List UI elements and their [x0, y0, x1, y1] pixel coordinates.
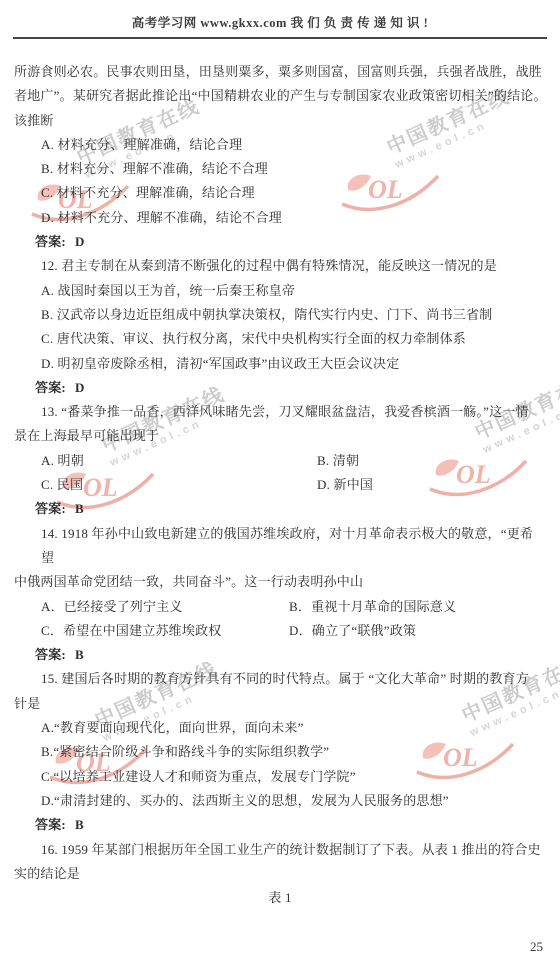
text-line: 所游食则必农。民事农则田垦，田垦则粟多，粟多则国富，国富则兵强，兵强者战胜，战胜 — [14, 60, 546, 84]
option-left: C．希望在中国建立苏维埃政权 — [41, 619, 289, 643]
question-line: 13. “番菜争推一品香，西洋风味睹先尝，刀叉耀眼盆盘洁，我爱香槟酒一觞。”这一… — [14, 400, 546, 424]
option-line: C.“以培养工业建设人才和师资为重点，发展专门学院” — [14, 765, 546, 789]
option-line: B.“紧密结合阶级斗争和路线斗争的实际组织教学” — [14, 740, 546, 764]
answer-line: 答案:D — [14, 230, 546, 254]
text-line: 中俄两国革命党团结一致，共同奋斗”。这一行动表明孙中山 — [14, 570, 546, 594]
option-line: 望 — [14, 546, 546, 570]
content: 所游食则必农。民事农则田垦，田垦则粟多，粟多则国富，国富则兵强，兵强者战胜，战胜… — [14, 60, 546, 910]
option-line: C. 材料不充分、理解准确，结论合理 — [14, 181, 546, 205]
question-line: 16. 1959 年某部门根据历年全国工业生产的统计数据制订了下表。从表 1 推… — [14, 838, 546, 862]
option-right: B. 清朝 — [317, 449, 359, 473]
answer-label: 答案: — [35, 501, 66, 516]
option-line: D.“肃清封建的、买办的、法西斯主义的思想，发展为人民服务的思想” — [14, 789, 546, 813]
option-right: B．重视十月革命的国际意义 — [289, 595, 456, 619]
option-line: C. 唐代决策、审议、执行权分离，宋代中央机构实行全面的权力牵制体系 — [14, 327, 546, 351]
answer-label: 答案: — [35, 234, 66, 249]
answer-value: B — [75, 501, 84, 516]
document-page: 高考学习网 www.gkxx.com 我 们 负 责 传 递 知 识 ! OL … — [0, 0, 560, 970]
answer-line: 答案:D — [14, 376, 546, 400]
answer-value: B — [75, 647, 84, 662]
option-right: D．确立了“联俄”政策 — [289, 619, 416, 643]
question-line: 15. 建国后各时期的教育方针具有不同的时代特点。属于 “文化大革命” 时期的教… — [14, 667, 546, 691]
text-line: 景在上海最早可能出现于 — [14, 424, 546, 448]
page-header: 高考学习网 www.gkxx.com 我 们 负 责 传 递 知 识 ! — [0, 13, 560, 31]
answer-line: 答案:B — [14, 643, 546, 667]
option-left: A. 明朝 — [41, 449, 317, 473]
option-line: D. 明初皇帝废除丞相，清初“军国政事”由议政王大臣会议决定 — [14, 352, 546, 376]
answer-line: 答案:B — [14, 497, 546, 521]
option-line: B. 材料充分、理解不准确，结论不合理 — [14, 157, 546, 181]
table-caption: 表 1 — [14, 886, 546, 910]
text-line: 者地广”。某研究者据此推论出“中国精耕农业的产生与专制国家农业政策密切相关”的结… — [14, 84, 546, 108]
option-row: A. 明朝B. 清朝 — [14, 449, 546, 473]
header-rule — [13, 37, 547, 39]
option-right: D. 新中国 — [317, 473, 373, 497]
option-row: C．希望在中国建立苏维埃政权D．确立了“联俄”政策 — [14, 619, 546, 643]
page-number: 25 — [530, 939, 543, 955]
answer-value: D — [75, 380, 85, 395]
answer-value: B — [75, 817, 84, 832]
answer-label: 答案: — [35, 647, 66, 662]
text-line: 针是 — [14, 692, 546, 716]
option-line: D. 材料不充分、理解不准确，结论不合理 — [14, 206, 546, 230]
option-left: A．已经接受了列宁主义 — [41, 595, 289, 619]
text-line: 实的结论是 — [14, 862, 546, 886]
question-line: 14. 1918 年孙中山致电新建立的俄国苏维埃政府，对十月革命表示极大的敬意，… — [14, 522, 546, 546]
answer-label: 答案: — [35, 817, 66, 832]
option-line: A. 材料充分、理解准确，结论合理 — [14, 133, 546, 157]
text-line: 该推断 — [14, 109, 546, 133]
option-line: A. 战国时秦国以王为首，统一后秦王称皇帝 — [14, 279, 546, 303]
option-row: A．已经接受了列宁主义B．重视十月革命的国际意义 — [14, 595, 546, 619]
option-row: C. 民国D. 新中国 — [14, 473, 546, 497]
answer-label: 答案: — [35, 380, 66, 395]
option-line: A.“教育要面向现代化，面向世界，面向未来” — [14, 716, 546, 740]
question-line: 12. 君主专制在从秦到清不断强化的过程中偶有特殊情况，能反映这一情况的是 — [14, 254, 546, 278]
option-line: B. 汉武帝以身边近臣组成中朝执掌决策权，隋代实行内史、门下、尚书三省制 — [14, 303, 546, 327]
answer-value: D — [75, 234, 85, 249]
option-left: C. 民国 — [41, 473, 317, 497]
answer-line: 答案:B — [14, 813, 546, 837]
